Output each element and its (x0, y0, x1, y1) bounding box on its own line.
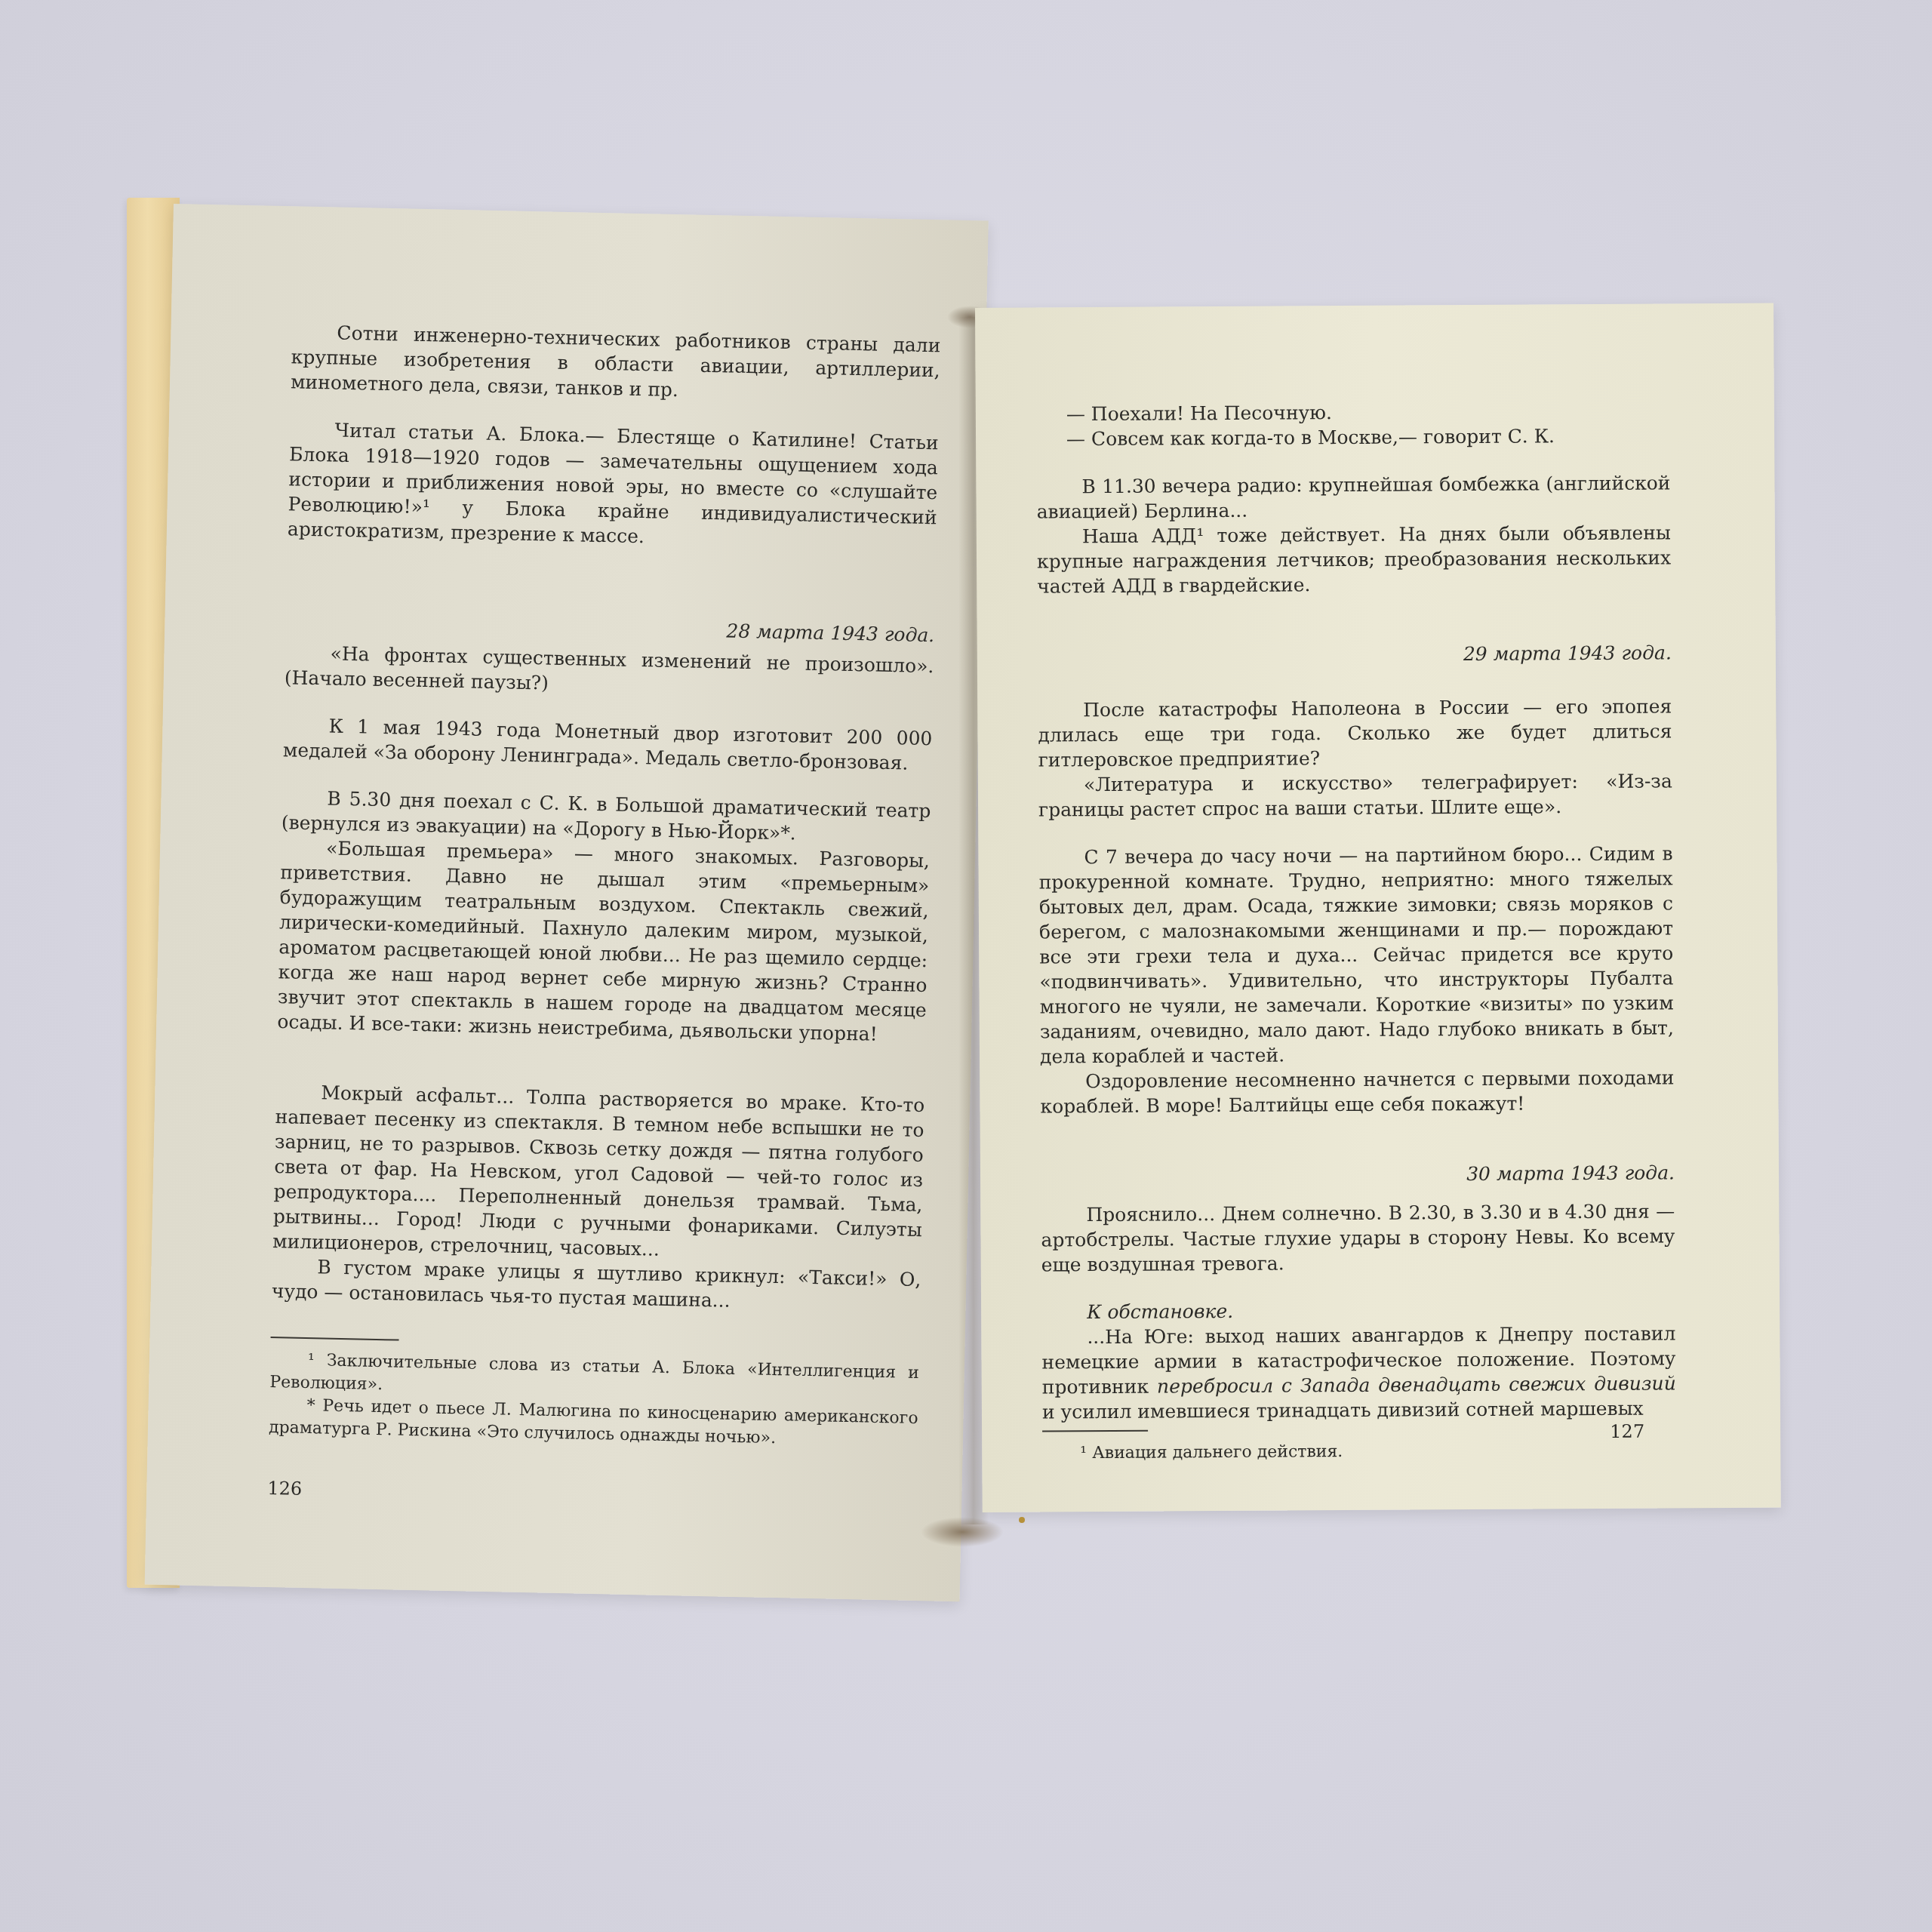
paragraph: Оздоровление несомненно начнется с первы… (1040, 1065, 1674, 1118)
paragraph: После катастрофы Наполеона в России — ег… (1038, 694, 1672, 772)
paragraph: Наша АДД¹ тоже действует. На днях были о… (1037, 520, 1672, 598)
entry-date: 29 марта 1943 года. (1038, 640, 1672, 669)
paragraph: Сотни инженерно-технических работников с… (291, 319, 941, 408)
paragraph: С 7 вечера до часу ночи — на партийном б… (1038, 841, 1674, 1069)
paragraph: «Большая премьера» — много знакомых. Раз… (277, 835, 930, 1048)
left-page-text: Сотни инженерно-технических работников с… (269, 319, 941, 1453)
right-page: — Поехали! На Песочную. — Совсем как ког… (975, 303, 1781, 1512)
left-page: Сотни инженерно-технических работников с… (145, 204, 989, 1601)
footnote-divider (271, 1337, 399, 1341)
paragraph: Прояснило... Днем солнечно. В 2.30, в 3.… (1041, 1198, 1675, 1277)
entry-date: 30 марта 1943 года. (1041, 1160, 1675, 1189)
paragraph: В 11.30 вечера радио: крупнейшая бомбежк… (1036, 470, 1670, 524)
footnote-divider (1042, 1430, 1148, 1432)
footnote: ¹ Авиация дальнего действия. (1042, 1438, 1676, 1465)
paper-stain (1019, 1517, 1025, 1523)
subheading: К обстановке. (1041, 1296, 1675, 1324)
right-page-text: — Поехали! На Песочную. — Совсем как ког… (1036, 398, 1677, 1465)
paragraph: «Литература и искусство» телеграфирует: … (1038, 768, 1672, 822)
open-book: Сотни инженерно-технических работников с… (0, 0, 1932, 1932)
spine-torn-bottom (921, 1517, 1004, 1547)
paragraph: Мокрый асфальт... Толпа растворяется во … (272, 1079, 925, 1267)
dialog-line: — Поехали! На Песочную. (1036, 398, 1670, 426)
page-number: 126 (267, 1478, 302, 1500)
page-number: 127 (1610, 1421, 1644, 1442)
paragraph: ...На Юге: выход наших авангардов к Днеп… (1041, 1321, 1676, 1424)
dialog-line: — Совсем как когда-то в Москве,— говорит… (1036, 423, 1670, 451)
paragraph: Читал статьи А. Блока.— Блестяще о Катил… (288, 417, 939, 555)
